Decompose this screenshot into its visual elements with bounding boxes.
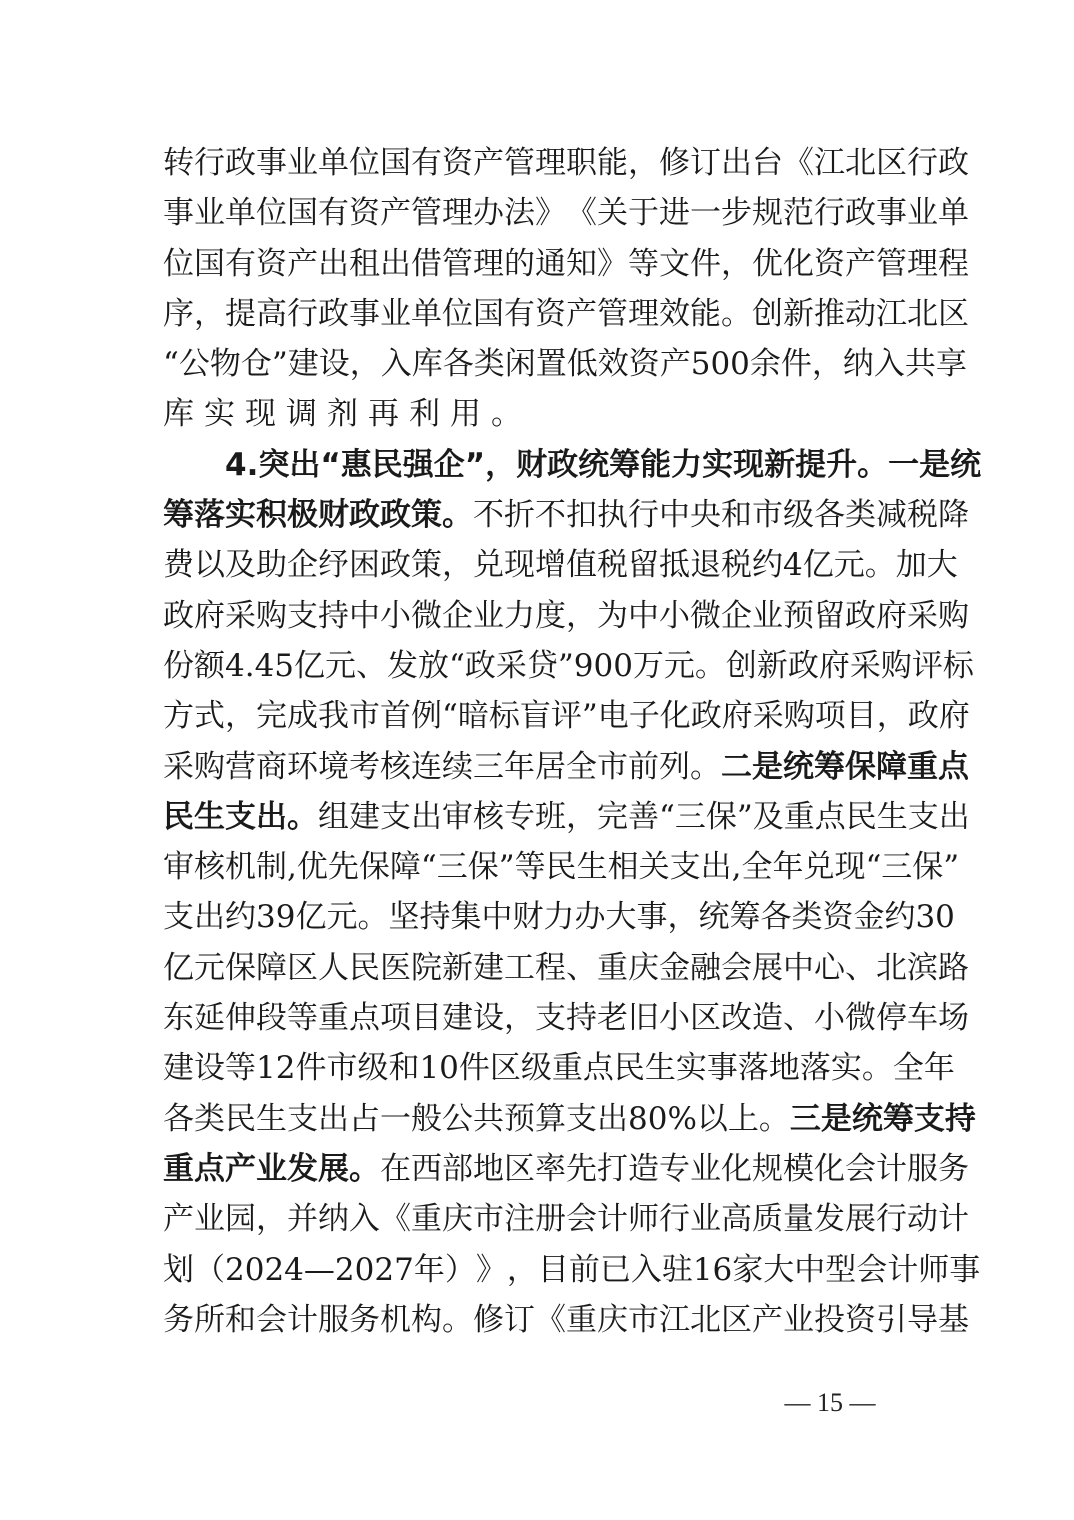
body-text: 微 — [411, 591, 442, 641]
body-text: 纳 — [318, 1194, 349, 1244]
body-text: 预 — [783, 591, 814, 641]
body-text: 出 — [411, 792, 442, 842]
body-text: 能 — [597, 138, 628, 188]
body-text: 府 — [939, 691, 970, 741]
bold-text: 筹 — [163, 490, 194, 540]
body-text: 老 — [597, 993, 628, 1043]
body-text: 支 — [670, 842, 701, 892]
body-text: 北 — [907, 289, 938, 339]
body-text: 中 — [628, 591, 659, 641]
body-text: 修 — [659, 138, 690, 188]
body-text: 庆 — [442, 1194, 473, 1244]
body-text: 会 — [721, 943, 752, 993]
body-text: 境 — [318, 742, 349, 792]
body-text: 目 — [411, 993, 442, 1043]
body-text: 力 — [543, 892, 574, 942]
bold-text: 统 — [783, 742, 814, 792]
body-text: 地 — [769, 1043, 800, 1093]
body-text: 事 — [163, 188, 194, 238]
body-text: 关 — [597, 188, 628, 238]
body-text: 产 — [660, 339, 691, 389]
body-text: 目 — [846, 691, 877, 741]
body-text: 购 — [881, 641, 912, 691]
bold-text: 极 — [287, 490, 318, 540]
body-text: 。 — [442, 1295, 473, 1345]
text-line: 采购营商环境考核连续三年居全市前列。二是统筹保障重点 — [163, 742, 915, 792]
body-text: 置 — [536, 339, 567, 389]
body-text: 连 — [411, 742, 442, 792]
body-text: 业 — [690, 1194, 721, 1244]
body-text: 采 — [850, 641, 881, 691]
text-line: 务所和会计服务机构。修订《重庆市江北区产业投资引导基 — [163, 1295, 915, 1345]
body-text: 元 — [194, 943, 225, 993]
body-text: 政 — [788, 641, 819, 691]
body-text: 服 — [318, 1295, 349, 1345]
body-text: 企 — [442, 591, 473, 641]
body-text: 持 — [566, 993, 597, 1043]
bold-text: 产 — [225, 1144, 256, 1194]
body-text: 册 — [535, 1194, 566, 1244]
body-text: 心 — [814, 943, 845, 993]
body-text: 产 — [380, 188, 411, 238]
text-line: 筹落实积极财政政策。不折不扣执行中央和市级各类减税降 — [163, 490, 915, 540]
body-text: 核 — [473, 792, 504, 842]
body-text: 市 — [752, 490, 783, 540]
body-text: 》 — [597, 239, 628, 289]
body-text: 件 — [459, 1043, 490, 1093]
body-text: 统 — [698, 892, 729, 942]
body-text: 项 — [815, 691, 846, 741]
body-text: 保 — [359, 842, 390, 892]
body-text: 生 — [577, 842, 608, 892]
body-text: 展 — [752, 943, 783, 993]
body-text: 知 — [566, 239, 597, 289]
body-text: 小 — [659, 993, 690, 1043]
body-text: 师 — [628, 1194, 659, 1244]
bold-text: 实 — [225, 490, 256, 540]
body-text: 我 — [318, 691, 349, 741]
body-text: 办 — [574, 892, 605, 942]
body-text: 入 — [349, 1194, 380, 1244]
body-text: 停 — [876, 993, 907, 1043]
body-text: 续 — [442, 742, 473, 792]
body-text: ” — [582, 691, 598, 741]
body-text: 障 — [256, 943, 287, 993]
body-text: 执 — [597, 490, 628, 540]
body-text: ， — [225, 691, 256, 741]
body-text: 元 — [664, 641, 695, 691]
body-text: 引 — [876, 1295, 907, 1345]
body-text: 、 — [783, 993, 814, 1043]
body-text: 》 — [535, 188, 566, 238]
body-text: 产 — [163, 1194, 194, 1244]
body-text: 》 — [476, 1245, 507, 1295]
body-text: 类 — [845, 490, 876, 540]
body-text: 区 — [876, 138, 907, 188]
body-text: 专 — [504, 792, 535, 842]
body-text: 上 — [728, 1094, 759, 1144]
body-text: 采 — [496, 641, 527, 691]
body-text: 计 — [876, 1144, 907, 1194]
page-number: — 15 — — [770, 1388, 890, 1418]
body-text: 首 — [380, 691, 411, 741]
body-text: 集 — [450, 892, 481, 942]
body-text: 购 — [784, 691, 815, 741]
body-text: 动 — [845, 289, 876, 339]
bold-text: 展 — [318, 1144, 349, 1194]
text-line: 重点产业发展。在西部地区率先打造专业化规模化会计服务 — [163, 1144, 915, 1194]
body-text: 企 — [721, 591, 752, 641]
body-text: 《 — [566, 188, 597, 238]
body-text: 市 — [597, 742, 628, 792]
body-text: 事 — [876, 188, 907, 238]
body-text: 大 — [927, 540, 958, 590]
body-text: 会 — [845, 1144, 876, 1194]
body-text: ， — [442, 540, 473, 590]
body-text: 事 — [949, 1245, 980, 1295]
bold-text: 落 — [194, 490, 225, 540]
body-text: 优 — [752, 239, 783, 289]
body-text: 商 — [256, 742, 287, 792]
body-text: 订 — [690, 138, 721, 188]
body-text: 及 — [225, 540, 256, 590]
body-text: 事 — [256, 138, 287, 188]
body-text: 资 — [256, 239, 287, 289]
bold-text: 统 — [950, 440, 981, 490]
body-text: 服 — [907, 1144, 938, 1194]
body-text: 扣 — [566, 490, 597, 540]
body-text: 放 — [418, 641, 449, 691]
bold-text: 4. — [225, 440, 258, 490]
body-text: 政 — [845, 591, 876, 641]
bold-text: 民 — [163, 792, 194, 842]
body-text: 市 — [349, 691, 380, 741]
body-text: 政 — [938, 138, 969, 188]
body-text: 建 — [163, 1043, 194, 1093]
body-text: 持 — [419, 892, 450, 942]
body-text: 《 — [380, 1194, 411, 1244]
body-text: 采 — [907, 591, 938, 641]
body-text: 现 — [504, 540, 535, 590]
body-text: 产 — [845, 239, 876, 289]
body-text: 能 — [690, 289, 721, 339]
body-text: 滨 — [907, 943, 938, 993]
body-text: — — [304, 1245, 335, 1295]
body-text: 产 — [566, 289, 597, 339]
body-text: 。 — [357, 892, 388, 942]
body-text: 份 — [163, 641, 194, 691]
bold-text: 惠 — [341, 440, 372, 490]
bold-text: 新 — [764, 440, 795, 490]
body-text: 建 — [473, 943, 504, 993]
body-text: 资 — [814, 239, 845, 289]
body-text: 亿 — [163, 943, 194, 993]
body-text: 一 — [380, 1094, 411, 1144]
body-text: 重 — [411, 1194, 442, 1244]
body-text: 低 — [567, 339, 598, 389]
body-text: 业 — [287, 138, 318, 188]
body-text: 的 — [504, 239, 535, 289]
body-text: 区 — [504, 1144, 535, 1194]
bold-text: 一 — [888, 440, 919, 490]
body-text: 租 — [349, 239, 380, 289]
body-text: 计 — [287, 1295, 318, 1345]
bold-text: 财 — [318, 490, 349, 540]
body-text: 降 — [938, 490, 969, 540]
body-text: 基 — [938, 1295, 969, 1345]
body-text: 各 — [814, 490, 845, 540]
body-text: 例 — [411, 691, 442, 741]
body-text: 业 — [380, 289, 411, 339]
bold-text: 筹 — [814, 742, 845, 792]
body-text: 修 — [473, 1295, 504, 1345]
body-text: 库 — [163, 389, 194, 439]
body-text: 出 — [194, 892, 225, 942]
body-text: 办 — [473, 188, 504, 238]
body-text: 专 — [659, 1144, 690, 1194]
body-text: 落 — [800, 1043, 831, 1093]
body-text: 折 — [504, 490, 535, 540]
body-text: 资 — [442, 138, 473, 188]
body-text: 国 — [194, 239, 225, 289]
body-text: 三 — [437, 842, 468, 892]
body-text: 完 — [597, 792, 628, 842]
body-text: 年 — [414, 1245, 445, 1295]
text-line: 政府采购支持中小微企业力度，为中小微企业预留政府采购 — [163, 591, 915, 641]
body-text: “ — [163, 339, 179, 389]
body-text: 订 — [504, 1295, 535, 1345]
body-text: 不 — [535, 490, 566, 540]
body-text: 政 — [845, 188, 876, 238]
bold-text: 强 — [403, 440, 434, 490]
body-text: 4.45 — [225, 641, 294, 691]
body-text: 单 — [938, 188, 969, 238]
body-text: 用 — [450, 389, 481, 439]
body-text: 化 — [660, 691, 691, 741]
body-text: 国 — [473, 289, 504, 339]
bold-text: 支 — [914, 1094, 945, 1144]
body-text: 中 — [794, 1245, 825, 1295]
body-text: 12 — [256, 1043, 295, 1093]
body-text: 业 — [194, 1194, 225, 1244]
body-text: 以 — [697, 1094, 728, 1144]
body-text: 项 — [380, 993, 411, 1043]
body-text: 有 — [318, 188, 349, 238]
body-text: 转 — [163, 138, 194, 188]
body-text: 利 — [409, 389, 440, 439]
body-text: 先 — [328, 842, 359, 892]
body-text: 建 — [442, 993, 473, 1043]
body-text: ” — [558, 641, 574, 691]
body-text: 场 — [938, 993, 969, 1043]
body-text: 政 — [318, 289, 349, 339]
body-text: 国 — [380, 138, 411, 188]
body-text: 关 — [639, 842, 670, 892]
body-text: 保 — [706, 792, 737, 842]
body-text: 和 — [388, 1043, 419, 1093]
body-text: 行 — [287, 289, 318, 339]
body-text: 公 — [442, 1094, 473, 1144]
body-text: ， — [566, 591, 597, 641]
body-text: 有 — [225, 239, 256, 289]
body-text: 度 — [535, 591, 566, 641]
body-text: 产 — [473, 138, 504, 188]
body-text: 落 — [738, 1043, 769, 1093]
body-text: 标 — [489, 691, 520, 741]
body-text: 质 — [752, 1194, 783, 1244]
body-text: 发 — [387, 641, 418, 691]
body-text: 小 — [814, 993, 845, 1043]
body-text: 北 — [845, 138, 876, 188]
body-text: 打 — [597, 1144, 628, 1194]
bold-text: 生 — [194, 792, 225, 842]
body-text: 融 — [690, 943, 721, 993]
body-text: 务 — [938, 1144, 969, 1194]
body-text: 享 — [936, 339, 967, 389]
body-text: 购 — [256, 591, 287, 641]
body-text: ” — [499, 842, 515, 892]
body-text: 出 — [721, 138, 752, 188]
text-line: 份额4.45亿元、发放“政采贷”900万元。创新政府采购评标 — [163, 641, 915, 691]
body-text: 企 — [287, 540, 318, 590]
body-text: 型 — [825, 1245, 856, 1295]
body-text: 重 — [566, 1295, 597, 1345]
text-line: 审核机制,优先保障“三保”等民生相关支出,全年兑现“三保” — [163, 842, 915, 892]
body-text: 园 — [225, 1194, 256, 1244]
body-text: 管 — [411, 188, 442, 238]
text-line: “公物仓”建设，入库各类闲置低效资产500余件，纳入共享 — [163, 339, 915, 389]
body-text: 西 — [411, 1144, 442, 1194]
body-text: 暗 — [458, 691, 489, 741]
body-text: 已 — [600, 1245, 631, 1295]
body-text: 区 — [938, 289, 969, 339]
body-text: 政 — [163, 591, 194, 641]
body-text: 量 — [783, 1194, 814, 1244]
body-text: 新 — [783, 289, 814, 339]
body-text: 管 — [876, 239, 907, 289]
body-text: 动 — [907, 1194, 938, 1244]
body-text: 《 — [783, 138, 814, 188]
body-text: 入 — [874, 339, 905, 389]
bold-text: 二 — [721, 742, 752, 792]
body-text: 件 — [295, 1043, 326, 1093]
body-text: 算 — [535, 1094, 566, 1144]
body-text: ， — [628, 138, 659, 188]
body-text: 管 — [597, 289, 628, 339]
body-text: 减 — [876, 490, 907, 540]
body-text: 家 — [732, 1245, 763, 1295]
bold-text: “ — [320, 440, 340, 490]
bold-text: 。 — [349, 1144, 380, 1194]
body-text: 造 — [752, 993, 783, 1043]
body-text: 区 — [690, 993, 721, 1043]
body-text: 各 — [443, 339, 474, 389]
body-text: 民 — [349, 943, 380, 993]
body-text: 生 — [877, 792, 908, 842]
body-text: 全 — [566, 742, 597, 792]
body-text: 管 — [442, 239, 473, 289]
body-text: 路 — [938, 943, 969, 993]
body-text: 资 — [349, 188, 380, 238]
body-text: 三 — [881, 842, 912, 892]
text-line: 各类民生支出占一般公共预算支出80%以上。三是统筹支持 — [163, 1094, 915, 1144]
body-text: 前 — [569, 1245, 600, 1295]
body-text: ， — [350, 339, 381, 389]
body-text: 大 — [763, 1245, 794, 1295]
body-text: 式 — [194, 691, 225, 741]
body-text: 入 — [631, 1245, 662, 1295]
body-text: 行 — [659, 1194, 690, 1244]
body-text: ） — [445, 1245, 476, 1295]
body-text: 业 — [194, 188, 225, 238]
body-text: 务 — [163, 1295, 194, 1345]
bold-text: 出 — [289, 440, 320, 490]
body-text: 于 — [628, 188, 659, 238]
bold-text: 政 — [349, 490, 380, 540]
body-text: 2024 — [225, 1245, 304, 1295]
body-text: 力 — [504, 591, 535, 641]
body-text: 金 — [659, 943, 690, 993]
body-text: 位 — [442, 289, 473, 339]
body-text: 等 — [225, 1043, 256, 1093]
body-text: 4 — [783, 540, 803, 590]
bold-text: 重 — [907, 742, 938, 792]
body-text: 39 — [256, 892, 295, 942]
bold-text: 筹 — [883, 1094, 914, 1144]
bold-text: 重 — [163, 1144, 194, 1194]
body-text: 、 — [356, 641, 387, 691]
body-text: 三 — [675, 792, 706, 842]
body-text: 年 — [924, 1043, 955, 1093]
body-text: 。 — [759, 1094, 790, 1144]
bold-text: 力 — [671, 440, 702, 490]
body-text: 设 — [319, 339, 350, 389]
text-line: 产业园，并纳入《重庆市注册会计师行业高质量发展行动计 — [163, 1194, 915, 1244]
body-text: 16 — [693, 1245, 732, 1295]
body-text: 值 — [566, 540, 597, 590]
body-text: 全 — [893, 1043, 924, 1093]
text-line: 序，提高行政事业单位国有资产管理效能。创新推动江北区 — [163, 289, 915, 339]
body-text: 现 — [834, 842, 865, 892]
body-text: 民 — [546, 842, 577, 892]
body-text: 工 — [504, 943, 535, 993]
body-text: 重 — [784, 792, 815, 842]
body-text: 筹 — [729, 892, 760, 942]
body-text: 模 — [783, 1144, 814, 1194]
body-text: 府 — [819, 641, 850, 691]
body-text: 北 — [690, 1295, 721, 1345]
body-text: 造 — [628, 1144, 659, 1194]
body-text: 持 — [318, 591, 349, 641]
text-line: 划（2024—2027年）》，目前已入驻16家大中型会计师事 — [163, 1245, 915, 1295]
body-text: 类 — [474, 339, 505, 389]
body-text: ， — [566, 792, 597, 842]
body-text: ， — [877, 691, 908, 741]
body-text: 班 — [535, 792, 566, 842]
body-text: 元 — [834, 540, 865, 590]
body-text: ， — [504, 993, 535, 1043]
body-text: 提 — [225, 289, 256, 339]
body-text: 增 — [535, 540, 566, 590]
body-text: 理 — [628, 289, 659, 339]
body-text: 。 — [491, 389, 522, 439]
body-text: 序 — [163, 289, 194, 339]
body-text: 理 — [442, 188, 473, 238]
body-text: 文 — [659, 239, 690, 289]
body-text: 导 — [907, 1295, 938, 1345]
body-text: 建 — [288, 339, 319, 389]
body-text: 制 — [256, 842, 287, 892]
